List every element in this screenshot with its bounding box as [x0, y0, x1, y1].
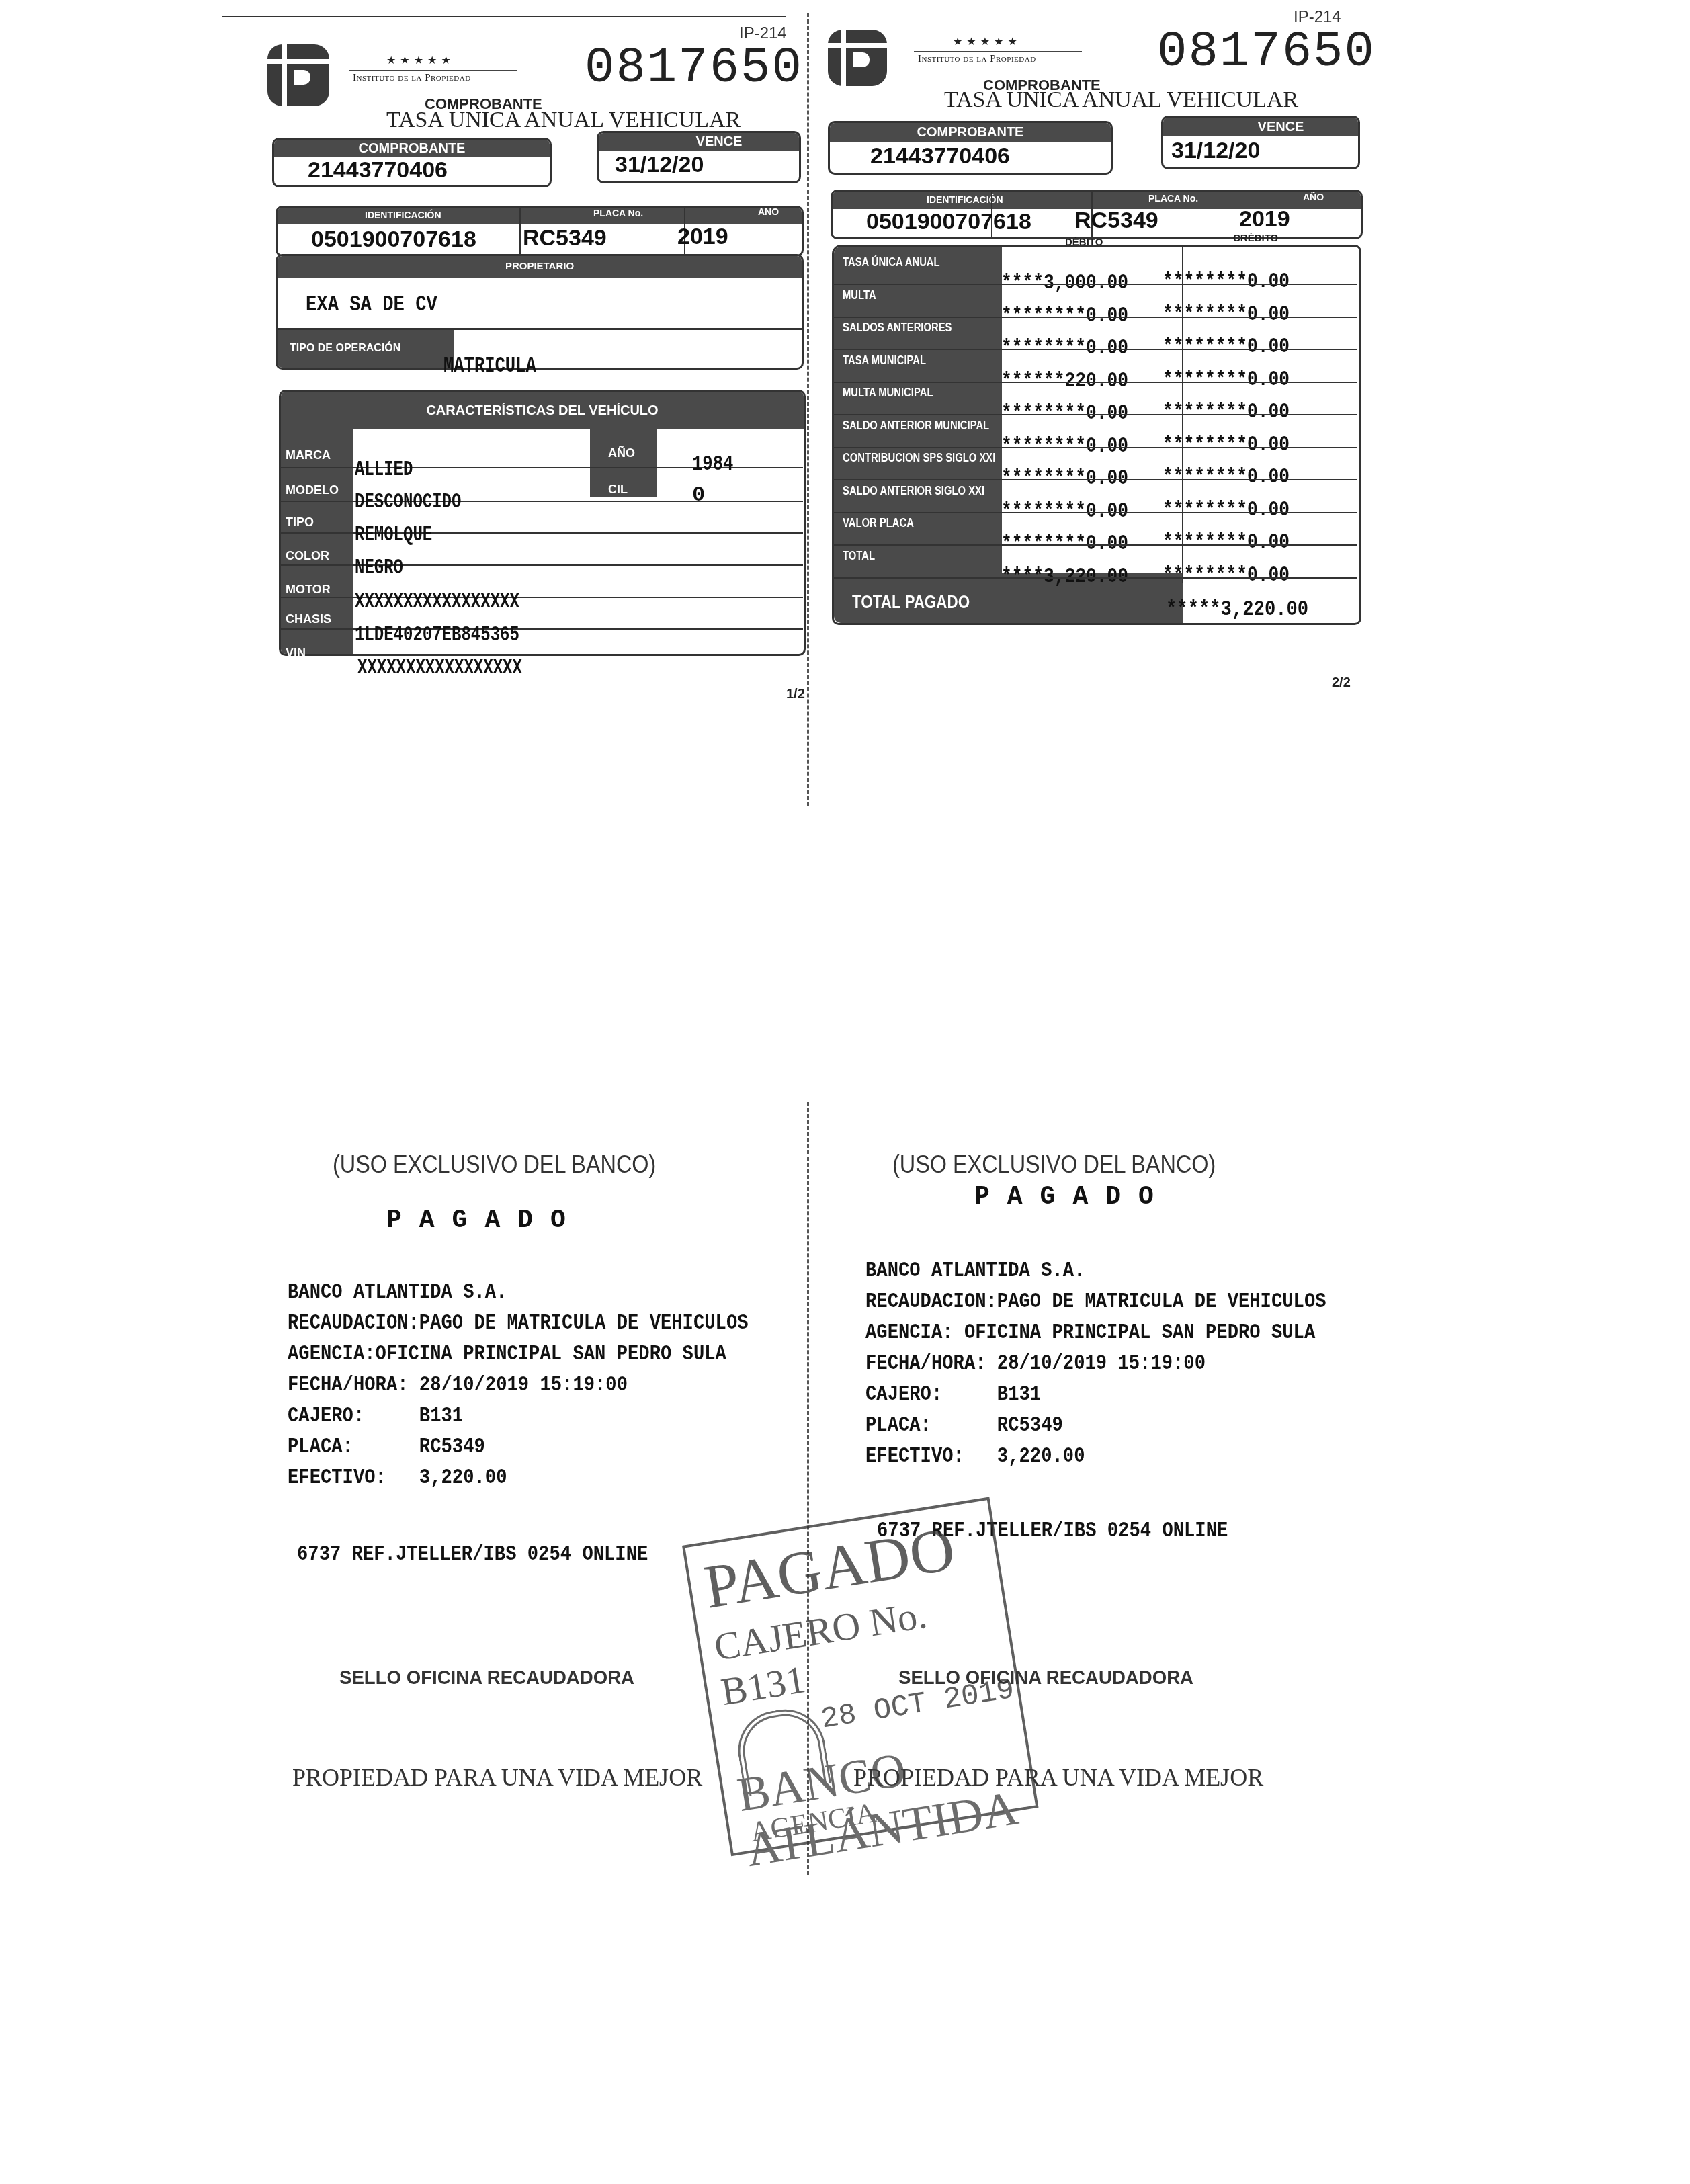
pagado-left: PAGADO [386, 1206, 583, 1235]
charge-credito: ********0.00 [1163, 302, 1290, 327]
charge-label: MULTA [843, 288, 876, 303]
bank-receipt-left: BANCO ATLANTIDA S.A. RECAUDACION:PAGO DE… [288, 1277, 749, 1493]
charge-credito: ********0.00 [1163, 432, 1290, 457]
uso-exclusivo-left: (USO EXCLUSIVO DEL BANCO) [333, 1150, 656, 1179]
charge-label: SALDO ANTERIOR MUNICIPAL [843, 419, 989, 433]
charge-row-line [832, 479, 1357, 480]
charge-credito: ********0.00 [1163, 399, 1290, 424]
total-pagado-value: *****3,220.00 [1166, 597, 1308, 622]
charge-debito: ********0.00 [1001, 466, 1128, 491]
sello-label-left: SELLO OFICINA RECAUDADORA [339, 1667, 634, 1689]
serial-number-2: 0817650 [1157, 24, 1376, 81]
charge-row-line [832, 349, 1357, 350]
placa-value-2: RC5349 [1074, 208, 1158, 234]
charge-credito: ********0.00 [1163, 334, 1290, 359]
charge-debito: ********0.00 [1001, 499, 1128, 523]
institution-rule-2 [914, 51, 1082, 52]
charge-credito: ********0.00 [1163, 530, 1290, 554]
page-number-2: 2/2 [1332, 675, 1351, 691]
charge-debito: ********0.00 [1001, 433, 1128, 458]
charge-label: TASA MUNICIPAL [843, 353, 926, 368]
charge-debito: ********0.00 [1001, 401, 1128, 425]
anio-value-2: 2019 [1239, 206, 1290, 233]
charge-credito: ********0.00 [1163, 269, 1290, 294]
charge-label: TASA ÚNICA ANUAL [843, 255, 940, 270]
vence-value-2: 31/12/20 [1163, 136, 1358, 165]
charge-credito: ********0.00 [1163, 562, 1290, 587]
charge-row-line [832, 577, 1357, 579]
charge-label: CONTRIBUCION SPS SIGLO XXI [843, 451, 995, 466]
charge-debito: ********0.00 [1001, 335, 1128, 360]
charge-label: VALOR PLACA [843, 516, 914, 531]
charge-debito: ********0.00 [1001, 303, 1128, 328]
bank-receipt-right: BANCO ATLANTIDA S.A. RECAUDACION:PAGO DE… [865, 1255, 1326, 1472]
placa-label-2: PLACA No. [1148, 193, 1198, 204]
charge-label: SALDO ANTERIOR SIGLO XXI [843, 484, 984, 499]
charge-debito: ****3,000.00 [1001, 270, 1128, 295]
charge-credito: ********0.00 [1163, 497, 1290, 522]
charge-label: TOTAL [843, 549, 875, 564]
comprobante-box-2: COMPROBANTE 21443770406 [828, 121, 1113, 175]
charge-debito: ******220.00 [1001, 368, 1128, 393]
credito-label: CRÉDITO [1233, 233, 1278, 244]
uso-exclusivo-right: (USO EXCLUSIVO DEL BANCO) [892, 1150, 1216, 1179]
vence-box-2: VENCE 31/12/20 [1161, 116, 1360, 169]
charge-credito: ********0.00 [1163, 367, 1290, 392]
charge-label: SALDOS ANTERIORES [843, 321, 952, 335]
vence-label-2: VENCE [1163, 118, 1358, 136]
charge-debito: ****3,220.00 [1001, 564, 1128, 589]
charge-row-line [832, 447, 1357, 448]
charge-credito: ********0.00 [1163, 464, 1290, 489]
pagado-right: PAGADO [974, 1183, 1171, 1212]
charge-row-line [832, 317, 1357, 318]
charge-row-line [832, 544, 1357, 546]
document-title-2: TASA UNICA ANUAL VEHICULAR [944, 87, 1298, 113]
reference-left: 6737 REF.JTELLER/IBS 0254 ONLINE [297, 1539, 648, 1570]
identificacion-value-2: 0501900707618 [866, 209, 1031, 235]
anio-label-2: AÑO [1303, 192, 1324, 202]
identification-box-2: IDENTIFICACIÓN PLACA No. AÑO 05019007076… [831, 190, 1363, 239]
stars-icon-2: ★★★★★ [953, 35, 1021, 48]
comprobante-label-2: COMPROBANTE [830, 123, 1111, 142]
ip-logo-icon-2 [828, 30, 887, 86]
comprobante-value-2: 21443770406 [830, 142, 1111, 170]
receipt-page-2: ★★★★★ Instituto de la Propiedad IP-214 0… [0, 0, 1690, 739]
institution-name-2: Instituto de la Propiedad [918, 54, 1036, 65]
bank-paid-stamp: PAGADO CAJERO No. B131 28 OCT 2019 BANCO… [682, 1497, 1039, 1857]
charge-row-line [832, 382, 1357, 383]
total-pagado-label: TOTAL PAGADO [852, 591, 970, 613]
charge-row-line [832, 414, 1357, 415]
charge-row-line [832, 512, 1357, 513]
motto-left: PROPIEDAD PARA UNA VIDA MEJOR [292, 1763, 702, 1792]
charge-label: MULTA MUNICIPAL [843, 386, 933, 401]
charge-row-line [832, 284, 1357, 285]
charge-debito: ********0.00 [1001, 531, 1128, 556]
